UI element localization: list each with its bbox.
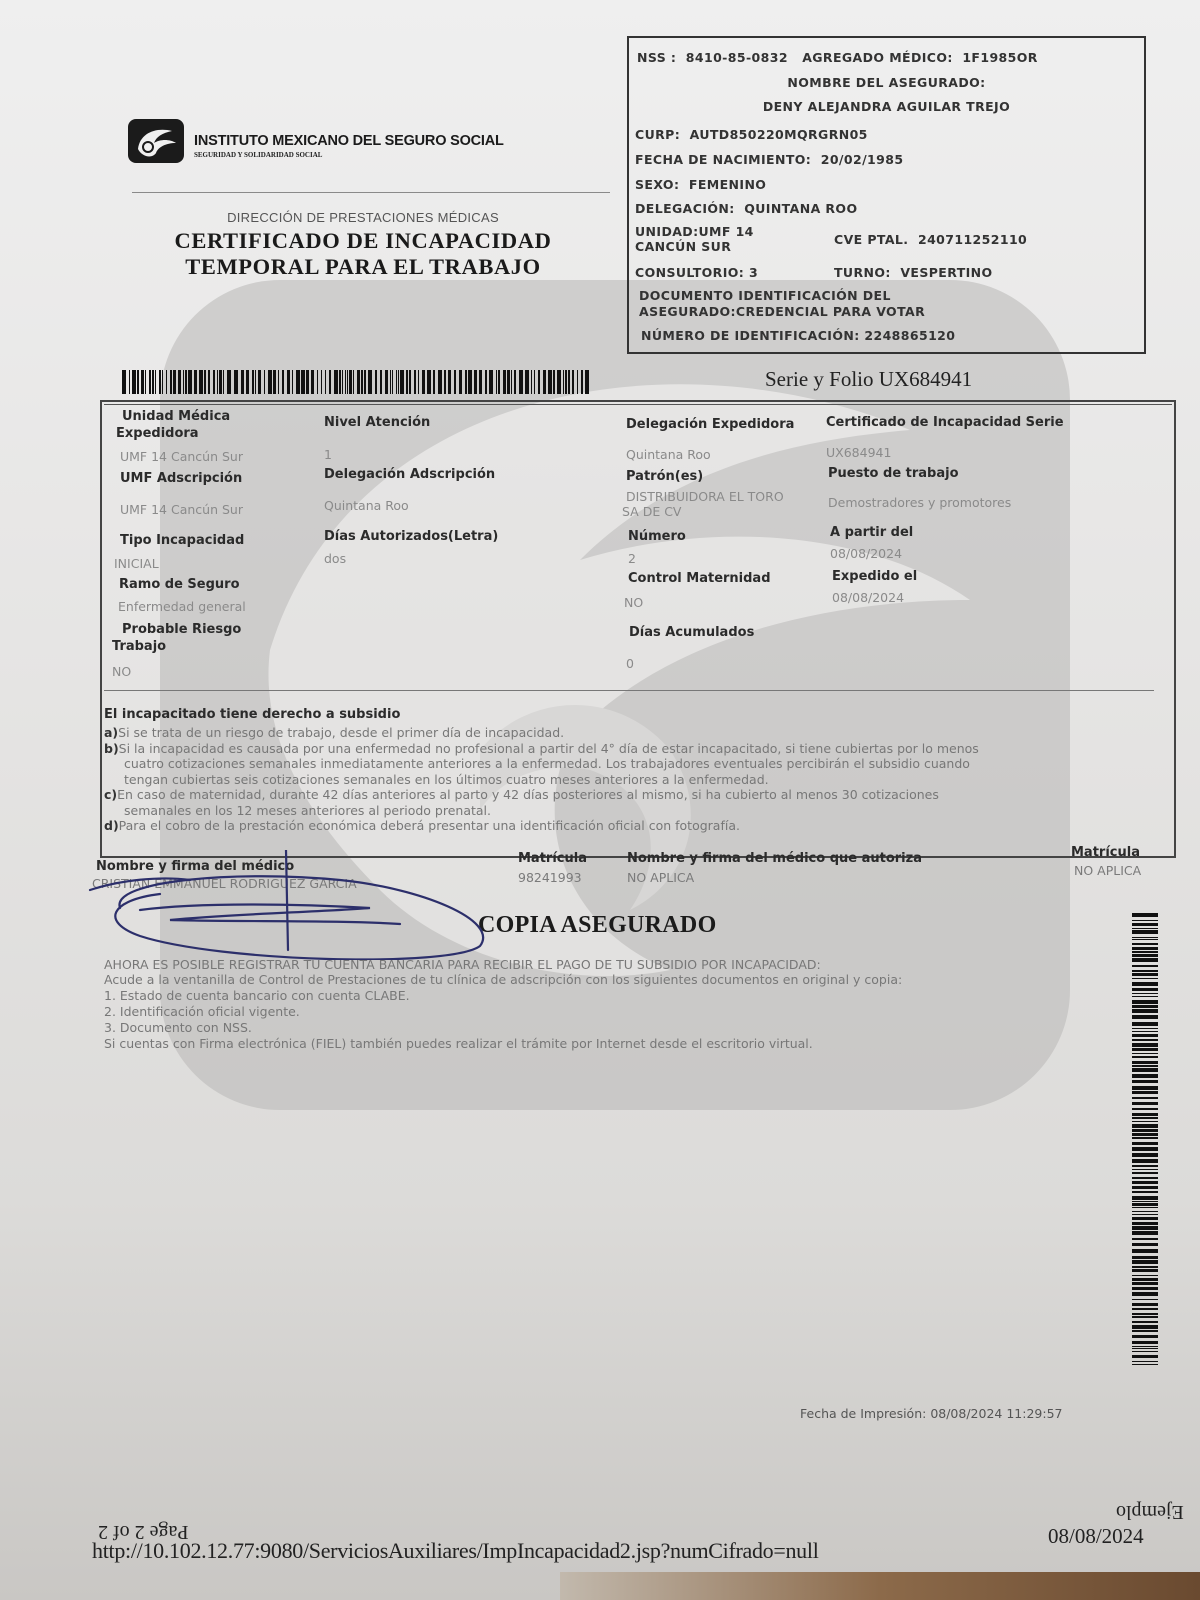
sex-label: SEXO: [635,177,679,192]
footer-mirrored-text: Ejemplo [1116,1500,1184,1523]
sex-line: SEXO: FEMENINO [635,177,766,192]
subsidy-item-line: c)En caso de maternidad, durante 42 días… [104,787,939,802]
unit-value: UNIDAD:UMF 14CANCÚN SUR [635,224,754,254]
id-document-line-1: DOCUMENTO IDENTIFICACIÓN DEL [639,288,925,304]
field-ramo-value: Enfermedad general [118,599,246,614]
subsidy-item-text: tengan cubiertas seis cotizaciones seman… [104,772,769,787]
notice-document-item: 1. Estado de cuenta bancario con cuenta … [104,988,410,1004]
subsidy-item-text: semanales en los 12 meses anteriores al … [104,803,491,818]
subsidy-item-text: cuatro cotizaciones semanales inmediatam… [104,756,970,771]
nss-label: NSS : [637,50,676,65]
delegation-label: DELEGACIÓN: [635,201,735,216]
institute-tagline: SEGURIDAD Y SOLIDARIDAD SOCIAL [194,151,322,159]
curp-line: CURP: AUTD850220MQRGRN05 [635,127,868,142]
field-certificado-serie-value: UX684941 [826,445,891,460]
office-value: 3 [749,265,758,280]
certificate-title: CERTIFICADO DE INCAPACIDAD TEMPORAL PARA… [150,228,576,280]
subsidy-item-line: b)Si la incapacidad es causada por una e… [104,741,979,756]
header-divider [132,192,610,193]
curp-label: CURP: [635,127,680,142]
subsidy-item-line: semanales en los 12 meses anteriores al … [104,803,491,818]
field-control-maternidad-value: NO [624,595,643,610]
label-line-1: Unidad Médica [122,408,230,425]
subsidy-item-text: Si se trata de un riesgo de trabajo, des… [118,725,564,740]
field-dias-acumulados-label: Días Acumulados [629,624,754,641]
footer-url: http://10.102.12.77:9080/ServiciosAuxili… [92,1538,819,1564]
notice-footer: Si cuentas con Firma electrónica (FIEL) … [104,1036,813,1052]
field-tipo-incapacidad-label: Tipo Incapacidad [120,532,244,549]
notice-intro: Acude a la ventanilla de Control de Pres… [104,972,902,988]
field-dias-letra-label: Días Autorizados(Letra) [324,528,498,545]
subsidy-item-text: Si la incapacidad es causada por una enf… [119,741,979,756]
field-riesgo-label: Probable RiesgoTrabajo [122,621,241,655]
insured-name: DENY ALEJANDRA AGUILAR TREJO [629,99,1144,114]
field-nivel-atencion-value: 1 [324,447,332,462]
field-a-partir-label: A partir del [830,524,913,541]
id-number-line: NÚMERO DE IDENTIFICACIÓN: 2248865120 [641,328,955,343]
footer-date: 08/08/2024 [1048,1524,1144,1549]
field-a-partir-value: 08/08/2024 [830,546,902,561]
handwritten-signature-icon [80,850,520,960]
serie-folio: Serie y Folio UX684941 [765,367,972,392]
field-dias-acumulados-value: 0 [626,656,634,671]
barcode-icon [122,370,590,394]
title-line-1: CERTIFICADO DE INCAPACIDAD [150,228,576,254]
cve-label: CVE PTAL. [834,232,908,247]
cve-line: CVE PTAL. 240711252110 [834,232,1027,247]
field-numero-label: Número [628,528,686,545]
field-nivel-atencion-label: Nivel Atención [324,414,430,431]
insured-info-box: NSS : 8410-85-0832 AGREGADO MÉDICO: 1F19… [627,36,1146,354]
nss-line: NSS : 8410-85-0832 AGREGADO MÉDICO: 1F19… [637,50,1038,65]
subsidy-item-mark: c) [104,787,117,802]
field-puesto-label: Puesto de trabajo [828,465,959,482]
id-document-line-2: ASEGURADO:CREDENCIAL PARA VOTAR [639,304,925,320]
matricula-value: 98241993 [518,870,582,885]
field-riesgo-value: NO [112,664,131,679]
authorizer-label: Nombre y firma del médico que autoriza [627,851,922,866]
field-umf-adscripcion-value: UMF 14 Cancún Sur [120,502,243,517]
field-numero-value: 2 [628,551,636,566]
patron-line-2: SA DE CV [622,504,784,519]
cve-value: 240711252110 [918,232,1027,247]
label-line-1: Probable Riesgo [122,621,241,638]
notice-document-item: 3. Documento con NSS. [104,1020,252,1036]
institute-name: INSTITUTO MEXICANO DEL SEGURO SOCIAL [194,133,504,149]
certificate-details-box: Unidad MédicaExpedidora UMF 14 Cancún Su… [100,400,1176,858]
authorizer-value: NO APLICA [627,870,694,885]
nss-value: 8410-85-0832 [686,50,788,65]
vertical-barcode-icon [1132,913,1158,1365]
subsidy-title: El incapacitado tiene derecho a subsidio [104,707,400,722]
sex-value: FEMENINO [689,177,766,192]
table-edge [560,1572,1200,1600]
matricula2-value: NO APLICA [1074,863,1141,878]
subsidy-item-mark: a) [104,725,118,740]
notice-document-item: 2. Identificación oficial vigente. [104,1004,300,1020]
field-unidad-expedidora-value: UMF 14 Cancún Sur [120,449,243,464]
field-patron-value: DISTRIBUIDORA EL TOROSA DE CV [626,489,784,519]
field-control-maternidad-label: Control Maternidad [628,570,771,587]
delegation-value: QUINTANA ROO [744,201,857,216]
field-puesto-value: Demostradores y promotores [828,495,1011,510]
subsidy-item-text: Para el cobro de la prestación económica… [119,818,740,833]
birth-line: FECHA DE NACIMIENTO: 20/02/1985 [635,152,903,167]
field-dias-letra-value: dos [324,551,346,566]
title-line-2: TEMPORAL PARA EL TRABAJO [150,254,576,280]
id-document: DOCUMENTO IDENTIFICACIÓN DELASEGURADO:CR… [639,288,925,320]
shift-label: TURNO: [834,265,891,280]
print-date: Fecha de Impresión: 08/08/2024 11:29:57 [800,1406,1062,1421]
imss-logo-icon [128,119,184,163]
field-umf-adscripcion-label: UMF Adscripción [120,470,242,487]
office-label: CONSULTORIO: [635,265,744,280]
field-patron-label: Patrón(es) [626,468,703,485]
unit-line-2: CANCÚN SUR [635,239,754,254]
label-line-2: Trabajo [112,638,241,655]
matricula-label: Matrícula [518,851,587,866]
unit-line-1: UNIDAD:UMF 14 [635,224,754,239]
id-number-label: NÚMERO DE IDENTIFICACIÓN: [641,328,860,343]
shift-value: VESPERTINO [900,265,992,280]
agregado-label: AGREGADO MÉDICO: [802,50,953,65]
section-divider [104,690,1154,691]
field-tipo-incapacidad-value: INICIAL [114,556,159,571]
field-certificado-serie-label: Certificado de Incapacidad Serie [826,414,1064,431]
subsidy-item-line: d)Para el cobro de la prestación económi… [104,818,740,833]
field-delegacion-expedidora-label: Delegación Expedidora [626,416,794,433]
shift-line: TURNO: VESPERTINO [834,265,993,280]
subsidy-item-text: En caso de maternidad, durante 42 días a… [117,787,939,802]
field-unidad-expedidora-label: Unidad MédicaExpedidora [122,408,230,442]
curp-value: AUTD850220MQRGRN05 [690,127,868,142]
direction-name: DIRECCIÓN DE PRESTACIONES MÉDICAS [158,210,568,225]
label-line-2: Expedidora [116,425,230,442]
birth-value: 20/02/1985 [821,152,904,167]
field-expedido-value: 08/08/2024 [832,590,904,605]
agregado-value: 1F1985OR [962,50,1037,65]
subsidy-item-line: a)Si se trata de un riesgo de trabajo, d… [104,725,564,740]
subsidy-item-mark: b) [104,741,119,756]
subsidy-item-mark: d) [104,818,119,833]
field-delegacion-adscripcion-label: Delegación Adscripción [324,466,495,483]
subsidy-item-line: cuatro cotizaciones semanales inmediatam… [104,756,970,771]
field-delegacion-adscripcion-value: Quintana Roo [324,498,409,513]
notice-headline: AHORA ES POSIBLE REGISTRAR TU CUENTA BAN… [104,957,821,973]
delegation-line: DELEGACIÓN: QUINTANA ROO [635,201,857,216]
matricula2-label: Matrícula [1071,845,1140,860]
subsidy-item-line: tengan cubiertas seis cotizaciones seman… [104,772,769,787]
field-ramo-label: Ramo de Seguro [119,576,240,593]
birth-label: FECHA DE NACIMIENTO: [635,152,811,167]
patron-line-1: DISTRIBUIDORA EL TORO [626,489,784,504]
field-delegacion-expedidora-value: Quintana Roo [626,447,711,462]
id-number-value: 2248865120 [864,328,955,343]
field-expedido-label: Expedido el [832,568,917,585]
insured-name-label: NOMBRE DEL ASEGURADO: [629,75,1144,90]
office-line: CONSULTORIO: 3 [635,265,758,280]
